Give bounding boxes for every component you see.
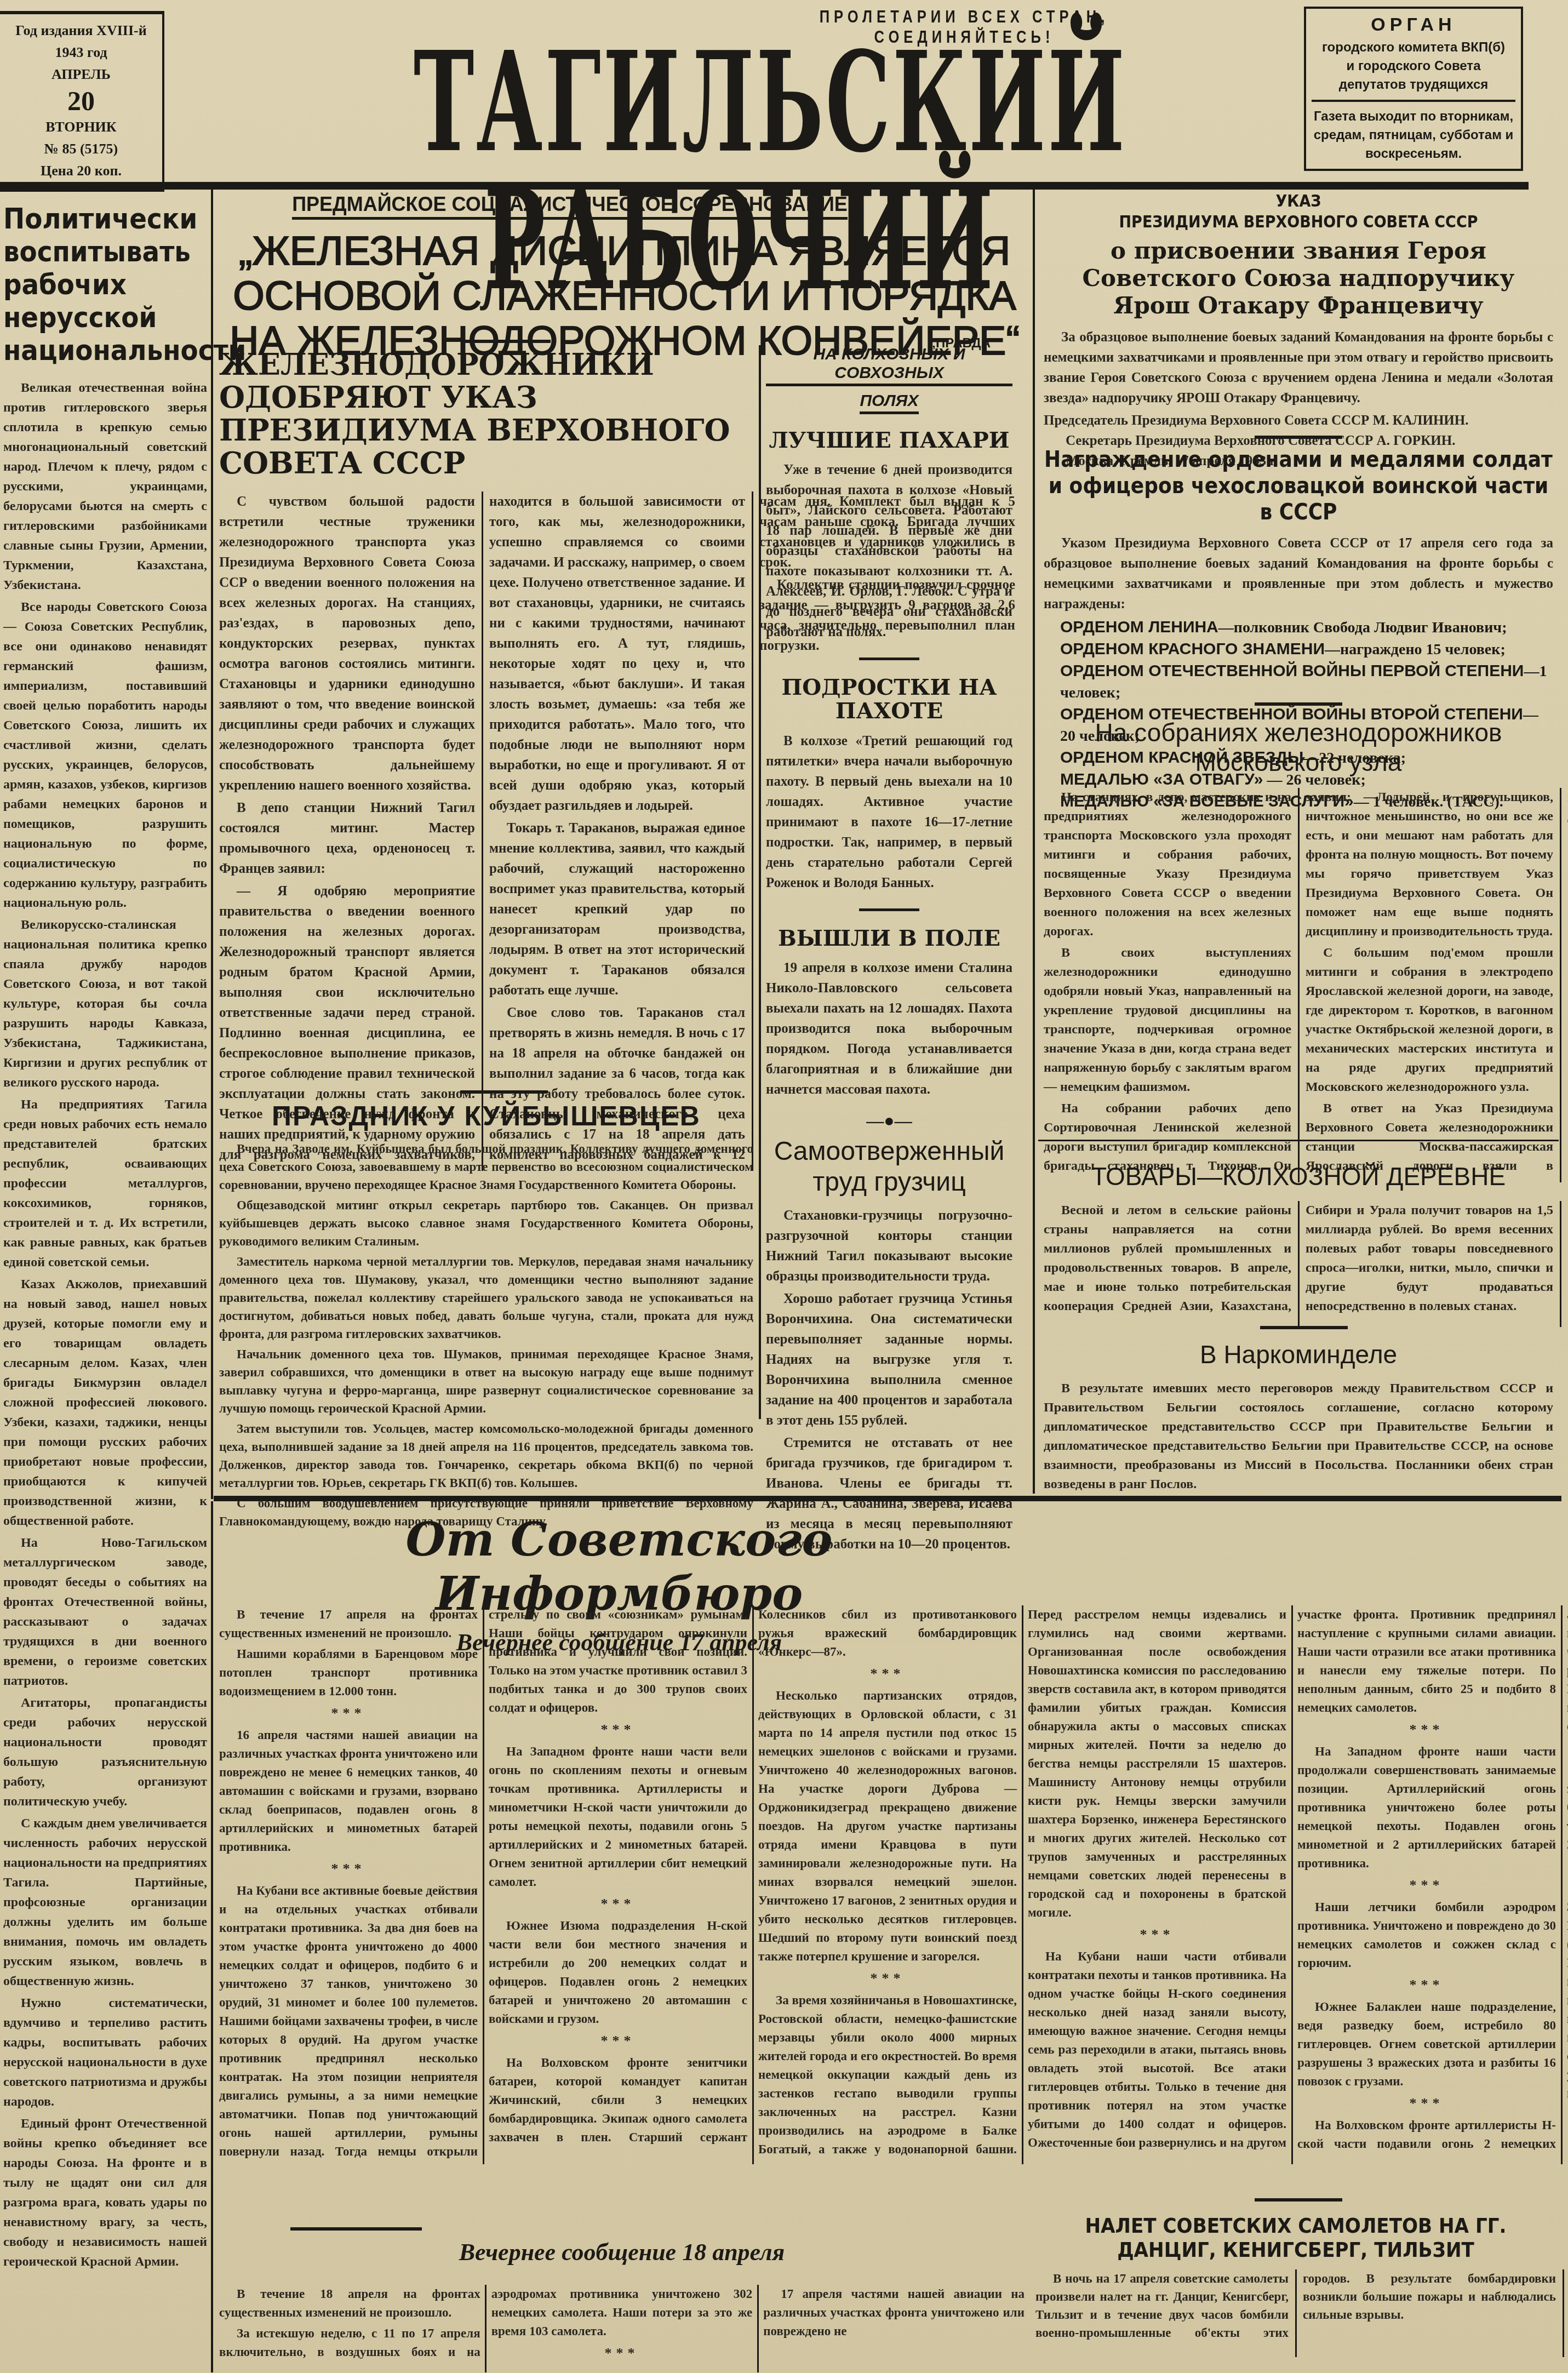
paragraph: Стахановки-грузчицы погрузочно-разгрузоч… [766, 1205, 1012, 1286]
paragraph: Южнее Балаклеи наше подразделение, ведя … [1297, 1998, 1556, 2091]
publication-year: Год издания XVIII-й [0, 20, 162, 42]
article-intro: Указом Президиума Верховного Совета СССР… [1044, 533, 1553, 614]
article-headline: Награждение орденами и медалями солдат и… [1044, 447, 1553, 525]
paragraph: Несколько партизанских отрядов, действую… [758, 1686, 1017, 1966]
stars-divider: *** [489, 2032, 747, 2050]
section-rule [214, 1496, 1561, 1501]
paragraph: Казах Акжолов, приехавший на новый завод… [3, 1274, 207, 1531]
moscow-node-article: На собраниях железнодорожников Московско… [1044, 718, 1553, 1182]
decree-body: За образцовое выполнение боевых заданий … [1044, 327, 1553, 408]
quote-headline: „ЖЕЛЕЗНАЯ ДИСЦИПЛИНА ЯВЛЯЕТСЯ ОСНОВОЙ СЛ… [219, 228, 1030, 363]
stars-divider: *** [758, 1665, 1017, 1683]
article-headline: НАЛЕТ СОВЕТСКИХ САМОЛЕТОВ НА ГГ. ДАНЦИГ,… [1035, 2214, 1556, 2262]
signature: Председатель Президиума Верховного Совет… [1044, 410, 1553, 431]
paragraph: 16 апреля частями нашей авиации на разли… [219, 1726, 478, 1856]
paragraph: На Ново-Тагильском металлургическом заво… [3, 1533, 207, 1691]
paragraph: Южнее Изюма подразделения Н-ской части в… [489, 1917, 747, 2028]
award-item: ОРДЕНОМ ОТЕЧЕСТВЕННОЙ ВОЙНЫ ПЕРВОЙ СТЕПЕ… [1060, 660, 1553, 704]
stars-divider: *** [489, 1720, 747, 1739]
paragraph: Начальник доменного цеха тов. Шумаков, п… [219, 1345, 753, 1417]
award-order: ОРДЕНОМ КРАСНОГО ЗНАМЕНИ [1060, 640, 1325, 658]
paragraph: Заместитель наркома черной металлургии т… [219, 1253, 753, 1343]
separator [463, 340, 551, 343]
paragraph: Агитаторы, пропагандисты среди рабочих н… [3, 1693, 207, 1811]
paragraph: В течение 18 апреля на фронтах существен… [219, 2285, 480, 2322]
paragraph: Нужно систематически, вдумчиво и терпели… [3, 1993, 207, 2112]
section-headline: От Советского Информбюро [219, 1512, 1019, 1621]
article-headline: Самоотверженный труд грузчиц [766, 1136, 1012, 1198]
paragraph: Нашими кораблями в Баренцовом море потоп… [219, 1645, 478, 1701]
award-item: ОРДЕНОМ ЛЕНИНА—полковник Свобода Людвиг … [1060, 616, 1553, 638]
ukaz-article: УКАЗ ПРЕЗИДИУМА ВЕРХОВНОГО СОВЕТА СССР о… [1044, 193, 1553, 471]
article-body: Великая отечественная война против гитле… [3, 378, 207, 2272]
article-body: Вчера на Заводе им. Куйбышева был большо… [219, 1140, 753, 1530]
paragraph: На предприятиях Тагила среди новых рабоч… [3, 1095, 207, 1272]
paragraph: 19 апреля в колхозе имени Сталина Николо… [766, 958, 1012, 1100]
paragraph: Токарь т. Тараканов, выражая единое мнен… [489, 818, 745, 1000]
column-divider [759, 345, 761, 1419]
paragraph: Весной и летом в сельские районы страны … [1044, 1201, 1553, 1327]
decree-headline: о присвоении звания Героя Советского Сою… [1044, 237, 1553, 319]
issue-number: № 85 (5175) [0, 138, 162, 160]
article-headline: В Наркоминделе [1044, 1340, 1553, 1369]
paragraph: На Западном фронте наши части вели огонь… [489, 1742, 747, 1891]
article-body: На станциях, в депо, мастерских и на пре… [1044, 788, 1553, 1182]
lead-section: ПРЕДМАЙСКОЕ СОЦИАЛИСТИЧЕСКОЕ СОРЕВНОВАНИ… [219, 193, 1030, 351]
air-raid-article: НАЛЕТ СОВЕТСКИХ САМОЛЕТОВ НА ГГ. ДАНЦИГ,… [1035, 2214, 1556, 2357]
paragraph: В депо станции Нижний Тагил состоялся ми… [219, 798, 475, 879]
article-headline: ЛУЧШИЕ ПАХАРИ [766, 428, 1012, 452]
organ-label: ОРГАН [1312, 15, 1515, 34]
divider [1038, 1140, 1559, 1141]
separator [290, 2227, 422, 2231]
masthead-rule [0, 182, 1529, 190]
issue-year: 1943 год [0, 42, 162, 64]
decree-kicker: УКАЗ [1044, 193, 1553, 210]
section-label: НА КОЛХОЗНЫХ И СОВХОЗНЫХ [766, 345, 1012, 386]
kuibyshev-article: ПРАЗДНИК У КУЙБЫШЕВЦЕВ Вчера на Заводе и… [219, 1101, 753, 1533]
award-order: ОРДЕНОМ ЛЕНИНА [1060, 618, 1218, 636]
paragraph: Вчера на Заводе им. Куйбышева был большо… [219, 1140, 753, 1194]
decree-kicker: ПРЕЗИДИУМА ВЕРХОВНОГО СОВЕТА СССР [1044, 214, 1553, 231]
sovinformburo-bulletin-18: В течение 18 апреля на фронтах существен… [219, 2285, 1025, 2372]
divider [1312, 100, 1515, 102]
paragraph: В ночь на 17 апреля советские самолеты п… [1035, 2269, 1556, 2357]
issue-month: АПРЕЛЬ [0, 64, 162, 85]
paragraph: Затем выступили тов. Усольцев, мастер ко… [219, 1420, 753, 1492]
issue-day: 20 [0, 85, 162, 116]
separator [460, 1090, 548, 1094]
paragraph: Единый фронт Отечественной войны крепко … [3, 2114, 207, 2272]
stars-divider: *** [219, 1704, 478, 1723]
newspaper-page: Год издания XVIII-й 1943 год АПРЕЛЬ 20 В… [0, 0, 1568, 2373]
paragraph: С большим под'емом прошли митинги и собр… [1306, 944, 1553, 1097]
organ-line: депутатов трудящихся [1312, 76, 1515, 94]
stars-divider: *** [491, 2344, 753, 2363]
railway-article: ЖЕЛЕЗНОДОРОЖНИКИ ОДОБРЯЮТ УКАЗ ПРЕЗИДИУМ… [219, 348, 745, 1171]
left-column-article: Политически воспитывать рабочих нерусско… [3, 203, 207, 2274]
paragraph: Наши летчики бомбили аэродром противника… [1297, 1898, 1556, 1972]
article-body: Уже в течение 6 дней производится выборо… [766, 460, 1012, 642]
article-headline: ЖЕЛЕЗНОДОРОЖНИКИ ОДОБРЯЮТ УКАЗ ПРЕЗИДИУМ… [219, 348, 745, 479]
article-body: С чувством большой радости встретили чес… [219, 491, 745, 1171]
narkomindel-article: В Наркоминделе В результате имевших мест… [1044, 1340, 1553, 1496]
award-item: ОРДЕНОМ КРАСНОГО ЗНАМЕНИ—награждено 15 ч… [1060, 638, 1553, 660]
paragraph: Указом Президиума Верховного Совета СССР… [1044, 533, 1553, 614]
paragraph: На станциях, в депо, мастерских и на пре… [1044, 788, 1291, 941]
paragraph: За образцовое выполнение боевых заданий … [1044, 327, 1553, 408]
article-body: 19 апреля в колхозе имени Сталина Николо… [766, 958, 1012, 1100]
paragraph: В результате имевших место переговоров м… [1044, 1379, 1553, 1494]
section-kicker: ПРЕДМАЙСКОЕ СОЦИАЛИСТИЧЕСКОЕ СОРЕВНОВАНИ… [292, 193, 848, 220]
award-detail: —награждено 15 человек; [1325, 641, 1506, 658]
issue-weekday: ВТОРНИК [0, 116, 162, 138]
column-divider [211, 1501, 213, 2372]
paragraph: Все народы Советского Союза — Союза Сове… [3, 597, 207, 913]
issue-price: Цена 20 коп. [0, 160, 162, 182]
separator [859, 908, 919, 911]
paragraph: Хорошо работает грузчица Устинья Ворончи… [766, 1289, 1012, 1431]
organ-line: и городского Совета [1312, 57, 1515, 76]
sovinformburo-bulletin-17: В течение 17 апреля на фронтах существен… [219, 1605, 1556, 2164]
article-headline: Политически воспитывать рабочих нерусско… [3, 203, 207, 367]
publication-schedule: Газета выходит по вторникам, средам, пят… [1312, 107, 1515, 163]
stars-divider: *** [1028, 1925, 1286, 1944]
paragraph: С каждым днем увеличивается численность … [3, 1814, 207, 1991]
award-detail: —полковник Свобода Людвиг Иванович; [1218, 619, 1507, 636]
article-headline: ВЫШЛИ В ПОЛЕ [766, 927, 1012, 950]
bullet-separator: —●— [766, 1111, 1012, 1131]
organ-info-box: ОРГАН городского комитета ВКП(б) и город… [1304, 7, 1523, 171]
award-order: ОРДЕНОМ ОТЕЧЕСТВЕННОЙ ВОЙНЫ ПЕРВОЙ СТЕПЕ… [1060, 662, 1524, 680]
article-body: В колхозе «Третий решающий год пятилетки… [766, 731, 1012, 893]
separator [1255, 436, 1342, 439]
stars-divider: *** [1297, 2094, 1556, 2113]
column-divider [211, 190, 213, 1499]
paragraph: Великорусско-сталинская национальная пол… [3, 915, 207, 1093]
paragraph: Общезаводской митинг открыл секретарь па… [219, 1196, 753, 1250]
farm-column: НА КОЛХОЗНЫХ И СОВХОЗНЫХ ПОЛЯХ ЛУЧШИЕ ПА… [766, 345, 1012, 1557]
organ-line: городского комитета ВКП(б) [1312, 38, 1515, 57]
article-body: Стахановки-грузчицы погрузочно-разгрузоч… [766, 1205, 1012, 1554]
stars-divider: *** [1297, 1876, 1556, 1895]
separator [1255, 2198, 1342, 2202]
paragraph: Великая отечественная война против гитле… [3, 378, 207, 595]
stars-divider: *** [1297, 1976, 1556, 1994]
stars-divider: *** [1297, 1720, 1556, 1739]
article-headline: ТОВАРЫ—КОЛХОЗНОЙ ДЕРЕВНЕ [1044, 1162, 1553, 1191]
stars-divider: *** [489, 1895, 747, 1913]
section-label: ПОЛЯХ [860, 392, 918, 414]
article-body: В результате имевших место переговоров м… [1044, 1379, 1553, 1494]
paragraph: В своих выступлениях железнодорожники ед… [1044, 944, 1291, 1097]
separator [859, 657, 919, 660]
stars-divider: *** [758, 1969, 1017, 1988]
column-divider [1033, 190, 1035, 1494]
article-headline: ПОДРОСТКИ НА ПАХОТЕ [766, 676, 1012, 723]
paragraph: С чувством большой радости встретили чес… [219, 491, 475, 796]
issue-info-box: Год издания XVIII-й 1943 год АПРЕЛЬ 20 В… [0, 11, 164, 192]
paragraph: 17 апреля частями нашей авиации на разли… [763, 2285, 1025, 2341]
paragraph: В колхозе «Третий решающий год пятилетки… [766, 731, 1012, 893]
goods-article: ТОВАРЫ—КОЛХОЗНОЙ ДЕРЕВНЕ Весной и летом … [1044, 1162, 1553, 1327]
bulletin-subhead: Вечернее сообщение 18 апреля [219, 2238, 1025, 2266]
article-headline: На собраниях железнодорожников Московско… [1044, 718, 1553, 777]
article-headline: ПРАЗДНИК У КУЙБЫШЕВЦЕВ [219, 1101, 753, 1131]
stars-divider: *** [219, 1860, 478, 1878]
paragraph: Уже в течение 6 дней производится выборо… [766, 460, 1012, 642]
article-body: В ночь на 17 апреля советские самолеты п… [1035, 2269, 1556, 2357]
paragraph: В течение 17 апреля на фронтах существен… [219, 1605, 478, 1643]
separator [1255, 702, 1342, 706]
article-body: Весной и летом в сельские районы страны … [1044, 1201, 1553, 1327]
separator [1260, 1326, 1348, 1329]
paragraph: На Западном фронте наши части продолжали… [1297, 1742, 1556, 1873]
